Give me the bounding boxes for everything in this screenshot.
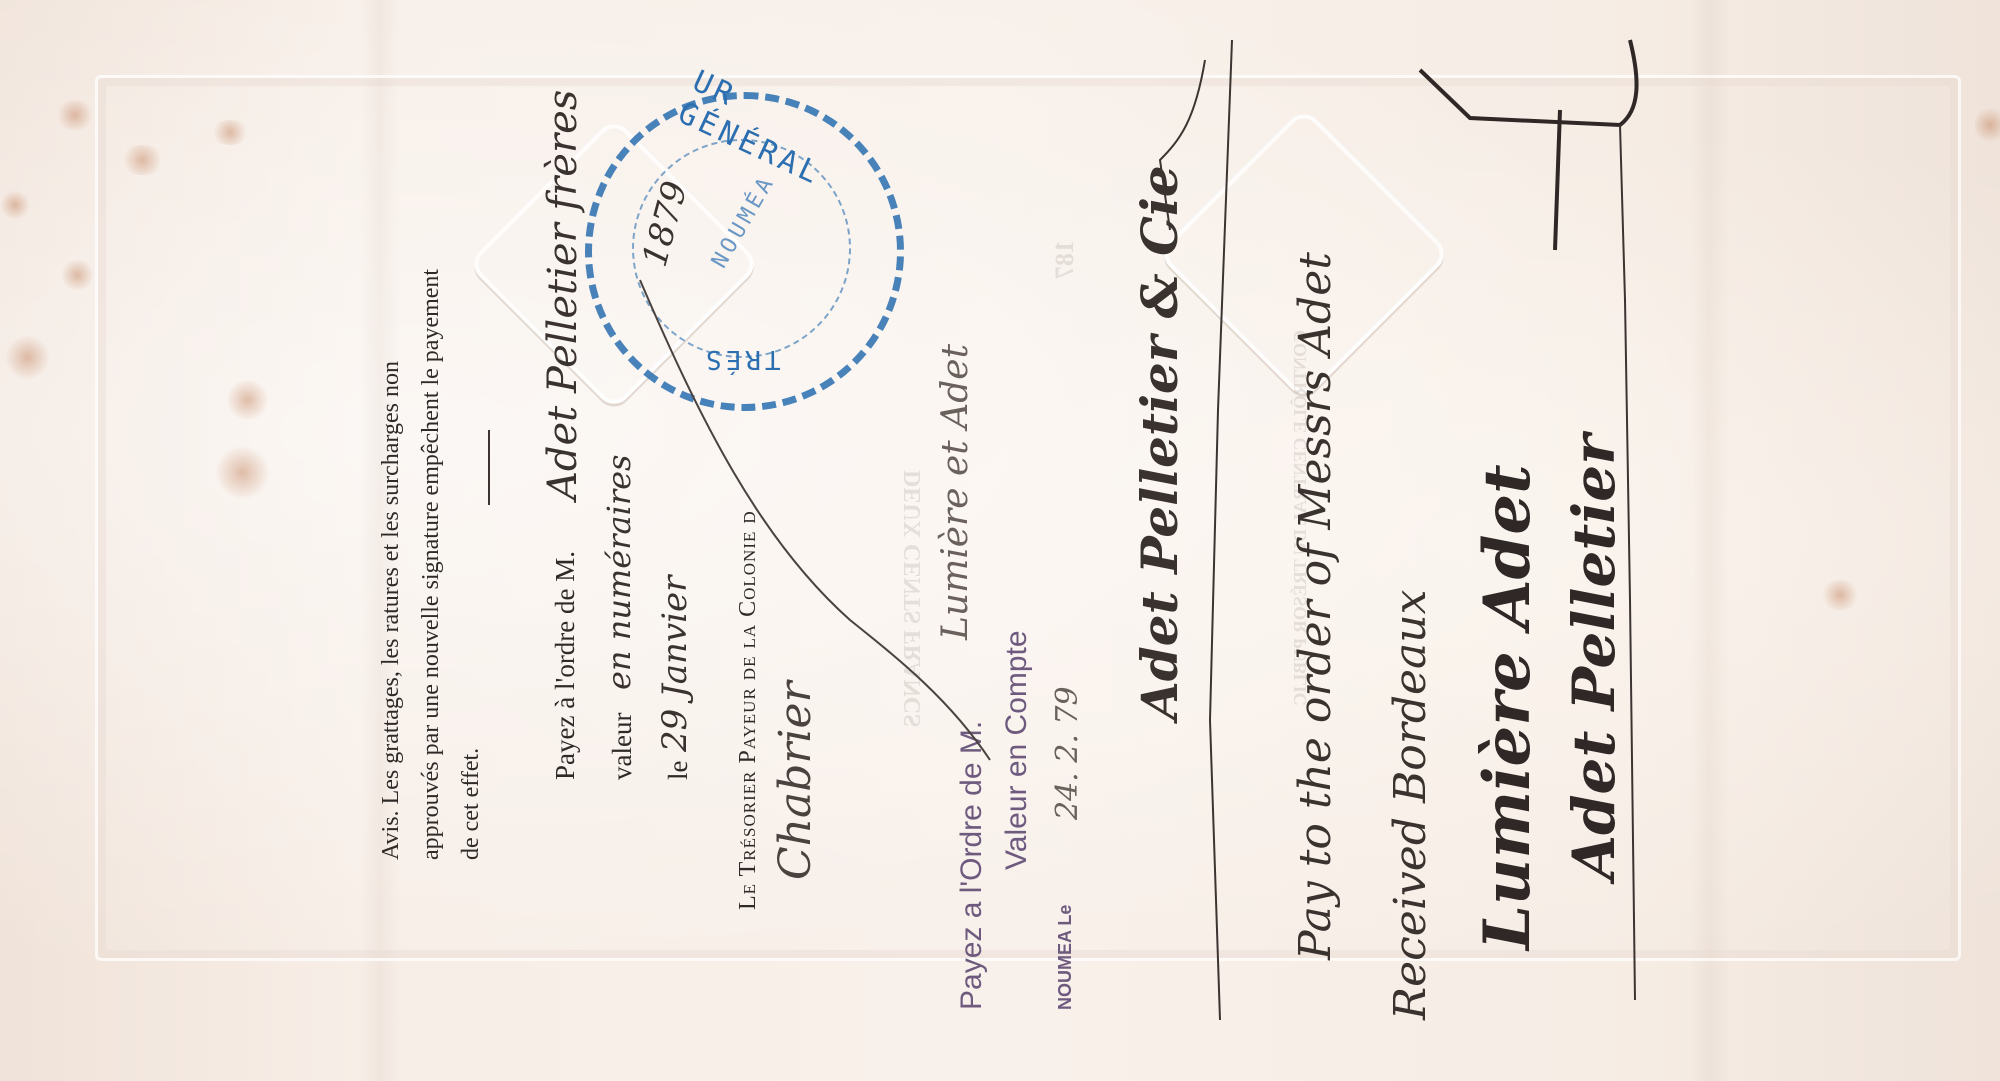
- vertical-rule-line: [1210, 40, 1232, 1020]
- pen-flourishes: [0, 0, 2000, 1081]
- flourish-top: [1420, 40, 1637, 125]
- pen-stroke: [1555, 110, 1560, 250]
- vertical-rule-line-2: [1620, 125, 1635, 1000]
- diagonal-cancel-line: [640, 280, 990, 760]
- pen-flourish: [1160, 60, 1205, 230]
